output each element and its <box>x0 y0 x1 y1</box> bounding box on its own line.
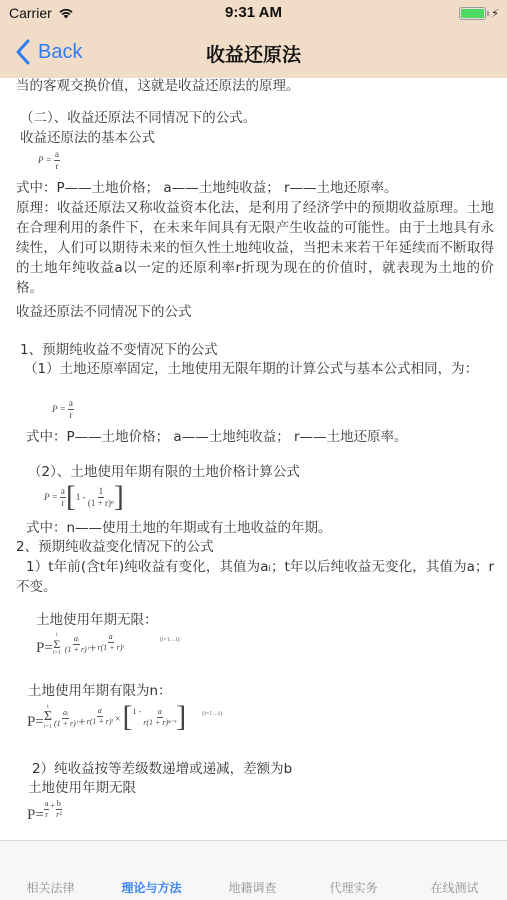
subheading: 土地使用年期无限： <box>36 610 158 630</box>
tab-agency-practice[interactable]: 代理实务 <box>303 879 404 896</box>
header: Carrier 9:31 AM ⚡ Back 收益还原法 <box>0 0 507 78</box>
article-content[interactable]: 当的客观交换价值，这就是收益还原法的原理。 （二）、收益还原法不同情况下的公式。… <box>0 78 507 840</box>
subheading: 收益还原法的基本公式 <box>20 128 155 148</box>
formula-basic: P = ar <box>38 150 60 171</box>
case-text: （1）土地还原率固定，土地使用无限年期的计算公式与基本公式相同，为： <box>16 359 494 379</box>
navigation-bar: Back 收益还原法 <box>0 28 507 78</box>
subheading: 收益还原法不同情况下的公式 <box>16 302 192 322</box>
tab-online-test[interactable]: 在线测试 <box>404 879 505 896</box>
subheading: 土地使用年期无限 <box>28 778 136 798</box>
principle-paragraph: 原理：收益还原法又称收益资本化法，是利用了经济学中的预期收益原理。土地在合理利用… <box>16 198 494 298</box>
battery-icon <box>459 7 486 20</box>
status-bar: Carrier 9:31 AM ⚡ <box>0 0 507 28</box>
definition-line: 式中：P——土地价格； a——土地纯收益； r——土地还原率。 <box>16 178 398 198</box>
text-line: 当的客观交换价值，这就是收益还原法的原理。 <box>16 78 300 96</box>
charging-bolt-icon: ⚡ <box>491 7 499 20</box>
tab-bar: 相关法律 理论与方法 地籍调查 代理实务 在线测试 <box>0 840 507 900</box>
formula-case1-2: P = ar [ 1 - 1(1 + r)ⁿ ] <box>44 482 124 512</box>
clock: 9:31 AM <box>0 4 507 21</box>
case-text: 1）t年前(含t年)纯收益有变化，其值为aᵢ；t年以后纯收益无变化，其值为a；r… <box>16 557 494 597</box>
section-heading: （二）、收益还原法不同情况下的公式。 <box>20 108 256 128</box>
battery-indicator: ⚡ <box>459 7 499 20</box>
case-heading: 1、预期纯收益不变情况下的公式 <box>20 340 218 360</box>
subheading: 土地使用年期有限为n： <box>28 681 172 701</box>
case-heading: 2、预期纯收益变化情况下的公式 <box>16 537 214 557</box>
formula-case2-2: P= ar + br² <box>27 796 62 825</box>
tab-related-laws[interactable]: 相关法律 <box>0 879 101 896</box>
definition-line: 式中：P——土地价格； a——土地纯收益； r——土地还原率。 <box>26 427 408 447</box>
formula-case1-1: P = ar <box>52 399 74 420</box>
case-text: 2）纯收益按等差级数递增或递减，差额为b <box>32 759 292 779</box>
tab-theory-methods[interactable]: 理论与方法 <box>101 879 202 896</box>
formula-case2-limited: P= tΣi=1 aᵢ(1 + r)ⁱ + ar(1 + r)ᵗ × [ 1 -… <box>27 702 222 732</box>
page-title: 收益还原法 <box>0 40 507 67</box>
formula-case2-unlimited: P= tΣi=1 aᵢ(1 + r)ⁱ + ar(1 + r)ᵗ (i=1…t) <box>36 630 180 658</box>
definition-line: 式中：n——使用土地的年期或有土地收益的年期。 <box>26 518 332 538</box>
case-heading: （2）、土地使用年期有限的土地价格计算公式 <box>28 462 300 482</box>
tab-cadastral-survey[interactable]: 地籍调查 <box>202 879 303 896</box>
